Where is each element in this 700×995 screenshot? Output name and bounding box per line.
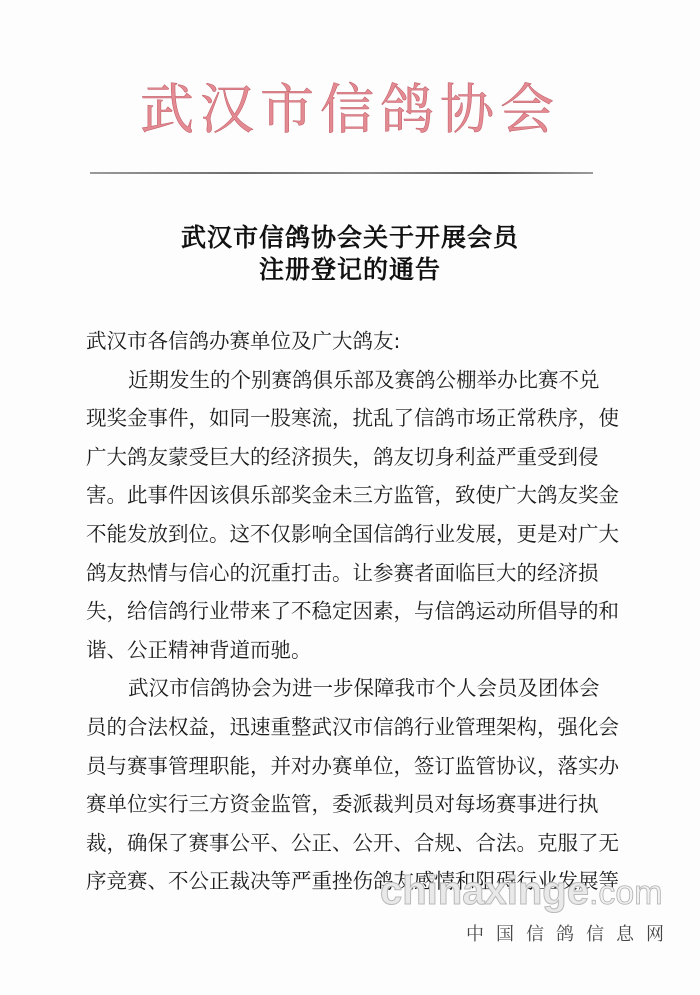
paragraph-line: 广大鸽友蒙受巨大的经济损失，鸽友切身利益严重受到侵 — [86, 438, 626, 477]
document-body: 武汉市各信鸽办赛单位及广大鸽友: 近期发生的个别赛鸽俱乐部及赛鸽公棚举办比赛不兑… — [86, 322, 626, 901]
paragraph-line: 裁，确保了赛事公平、公正、公开、合规、合法。克服了无 — [86, 824, 626, 863]
paragraph-line: 现奖金事件，如同一股寒流，扰乱了信鸽市场正常秩序，使 — [86, 399, 626, 438]
watermark-domain-suffix: .com — [589, 874, 663, 912]
paragraph-line: 近期发生的个别赛鸽俱乐部及赛鸽公棚举办比赛不兑 — [86, 361, 626, 400]
letterhead-divider — [90, 172, 593, 174]
paragraph-line: 员的合法权益，迅速重整武汉市信鸽行业管理架构，强化会 — [86, 708, 626, 747]
paragraph-line: 赛单位实行三方资金监管，委派裁判员对每场赛事进行执 — [86, 785, 626, 824]
paragraph-line: 员与赛事管理职能，并对办赛单位，签订监管协议，落实办 — [86, 747, 626, 786]
paragraph-line: 害。此事件因该俱乐部奖金未三方监管，致使广大鸽友奖金 — [86, 476, 626, 515]
document-page: 武汉市信鸽协会 武汉市信鸽协会关于开展会员 注册登记的通告 武汉市各信鸽办赛单位… — [0, 0, 700, 995]
watermark-domain-main: chinaxinge — [380, 869, 589, 913]
site-watermark: chinaxinge.com 中国信鸽信息网 — [380, 870, 680, 914]
paragraph-line: 谐、公正精神背道而驰。 — [86, 631, 626, 670]
paragraph-2: 武汉市信鸽协会为进一步保障我市个人会员及团体会 员的合法权益，迅速重整武汉市信鸽… — [86, 669, 626, 901]
paragraph-line: 武汉市信鸽协会为进一步保障我市个人会员及团体会 — [86, 669, 626, 708]
document-title-line-2: 注册登记的通告 — [0, 254, 700, 286]
document-title-line-1: 武汉市信鸽协会关于开展会员 — [0, 222, 700, 254]
letterhead-org-name: 武汉市信鸽协会 — [0, 78, 700, 142]
salutation: 武汉市各信鸽办赛单位及广大鸽友: — [86, 322, 626, 361]
paragraph-1: 近期发生的个别赛鸽俱乐部及赛鸽公棚举办比赛不兑 现奖金事件，如同一股寒流，扰乱了… — [86, 361, 626, 670]
paragraph-line: 鸽友热情与信心的沉重打击。让参赛者面临巨大的经济损 — [86, 554, 626, 593]
paragraph-line: 不能发放到位。这不仅影响全国信鸽行业发展，更是对广大 — [86, 515, 626, 554]
document-title: 武汉市信鸽协会关于开展会员 注册登记的通告 — [0, 222, 700, 286]
watermark-site-name: 中国信鸽信息网 — [466, 920, 676, 946]
watermark-domain: chinaxinge.com — [380, 870, 680, 914]
paragraph-line: 失，给信鸽行业带来了不稳定因素，与信鸽运动所倡导的和 — [86, 592, 626, 631]
